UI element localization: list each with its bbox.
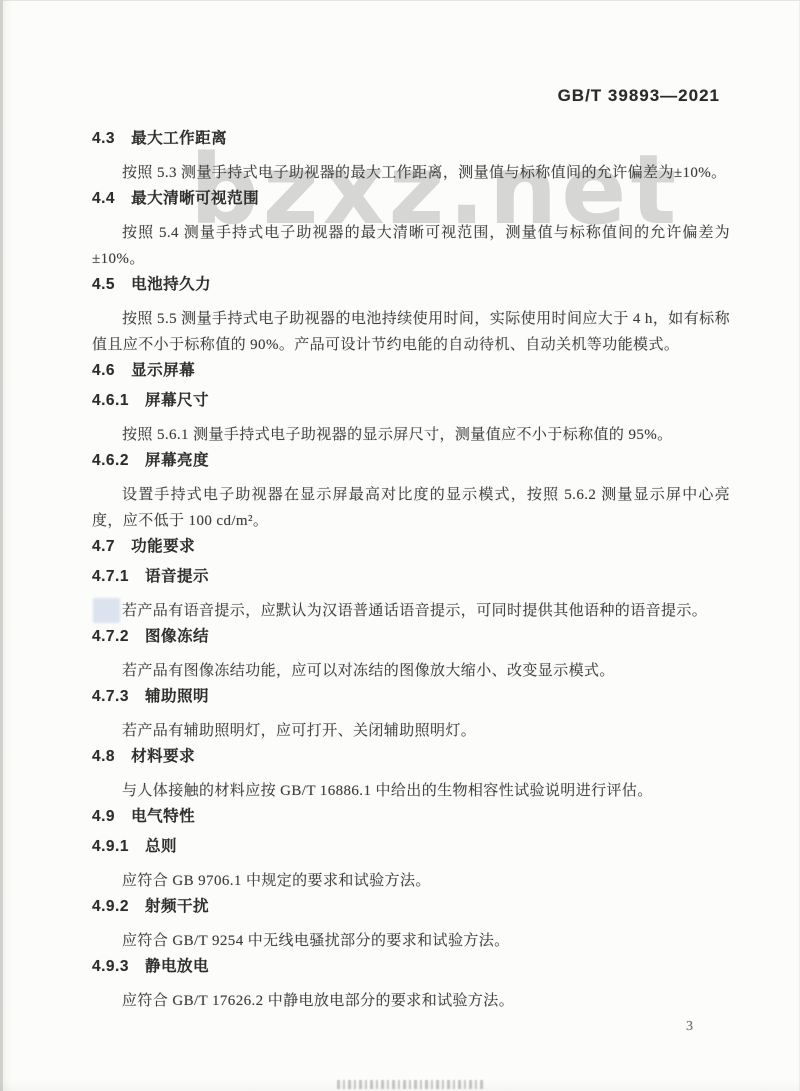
section-heading-4-9-3: 4.9.3静电放电: [92, 958, 730, 976]
section-number: 4.6.2: [92, 452, 129, 470]
section-heading-4-9: 4.9电气特性: [92, 808, 730, 826]
section-number: 4.5: [92, 276, 115, 294]
scan-artifact-bottom-text: [337, 1080, 485, 1089]
section-number: 4.6: [92, 362, 115, 380]
section-paragraph: 按照 5.5 测量手持式电子助视器的电池持续使用时间，实际使用时间应大于 4 h…: [92, 306, 730, 358]
section-paragraph: 按照 5.3 测量手持式电子助视器的最大工作距离，测量值与标称值间的允许偏差为±…: [92, 160, 730, 186]
section-heading-4-3: 4.3最大工作距离: [92, 130, 730, 148]
section-heading-4-8: 4.8材料要求: [92, 748, 730, 766]
section-number: 4.9.3: [92, 958, 129, 976]
section-number: 4.6.1: [92, 392, 129, 410]
section-heading-4-5: 4.5电池持久力: [92, 276, 730, 294]
section-title: 屏幕尺寸: [145, 392, 209, 409]
section-number: 4.7.2: [92, 628, 129, 646]
section-number: 4.8: [92, 748, 115, 766]
section-heading-4-7-3: 4.7.3辅助照明: [92, 688, 730, 706]
section-title: 图像冻结: [145, 628, 209, 645]
section-title: 显示屏幕: [131, 362, 195, 379]
section-title: 材料要求: [131, 748, 195, 765]
section-title: 功能要求: [131, 538, 195, 555]
section-paragraph: 若产品有图像冻结功能，应可以对冻结的图像放大缩小、改变显示模式。: [92, 658, 730, 684]
section-heading-4-7-1: 4.7.1语音提示: [92, 568, 730, 586]
section-title: 语音提示: [145, 568, 209, 585]
section-heading-4-6-1: 4.6.1屏幕尺寸: [92, 392, 730, 410]
section-title: 辅助照明: [145, 688, 209, 705]
section-paragraph: 若产品有辅助照明灯，应可打开、关闭辅助照明灯。: [92, 718, 730, 744]
standard-number-header: GB/T 39893—2021: [558, 86, 720, 106]
section-heading-4-7: 4.7功能要求: [92, 538, 730, 556]
section-heading-4-9-2: 4.9.2射频干扰: [92, 898, 730, 916]
section-paragraph: 设置手持式电子助视器在显示屏最高对比度的显示模式，按照 5.6.2 测量显示屏中…: [92, 482, 730, 534]
section-number: 4.7: [92, 538, 115, 556]
section-number: 4.9.2: [92, 898, 129, 916]
section-title: 总则: [145, 838, 177, 855]
section-title: 射频干扰: [145, 898, 209, 915]
section-heading-4-6: 4.6显示屏幕: [92, 362, 730, 380]
section-number: 4.9.1: [92, 838, 129, 856]
section-paragraph: 应符合 GB 9706.1 中规定的要求和试验方法。: [92, 868, 730, 894]
section-title: 电池持久力: [131, 276, 211, 293]
section-number: 4.9: [92, 808, 115, 826]
section-number: 4.4: [92, 190, 115, 208]
section-title: 电气特性: [131, 808, 195, 825]
section-paragraph: 应符合 GB/T 9254 中无线电骚扰部分的要求和试验方法。: [92, 928, 730, 954]
section-heading-4-9-1: 4.9.1总则: [92, 838, 730, 856]
page-number: 3: [686, 1019, 693, 1035]
section-title: 最大清晰可视范围: [131, 190, 259, 207]
section-paragraph: 按照 5.4 测量手持式电子助视器的最大清晰可视范围，测量值与标称值间的允许偏差…: [92, 220, 730, 272]
section-heading-4-6-2: 4.6.2屏幕亮度: [92, 452, 730, 470]
section-paragraph: 与人体接触的材料应按 GB/T 16886.1 中给出的生物相容性试验说明进行评…: [92, 778, 730, 804]
section-title: 静电放电: [145, 958, 209, 975]
section-title: 屏幕亮度: [145, 452, 209, 469]
section-heading-4-4: 4.4最大清晰可视范围: [92, 190, 730, 208]
section-paragraph: 按照 5.6.1 测量手持式电子助视器的显示屏尺寸，测量值应不小于标称值的 95…: [92, 422, 730, 448]
section-paragraph: 应符合 GB/T 17626.2 中静电放电部分的要求和试验方法。: [92, 988, 730, 1014]
section-title: 最大工作距离: [131, 130, 227, 147]
scanned-standard-page: bzxz.net GB/T 39893—2021 4.3最大工作距离 按照 5.…: [0, 0, 800, 1091]
section-heading-4-7-2: 4.7.2图像冻结: [92, 628, 730, 646]
section-number: 4.7.3: [92, 688, 129, 706]
section-paragraph: 若产品有语音提示，应默认为汉语普通话语音提示，可同时提供其他语种的语音提示。: [92, 598, 730, 624]
document-body: 4.3最大工作距离 按照 5.3 测量手持式电子助视器的最大工作距离，测量值与标…: [92, 130, 730, 1018]
section-number: 4.7.1: [92, 568, 129, 586]
section-number: 4.3: [92, 130, 115, 148]
